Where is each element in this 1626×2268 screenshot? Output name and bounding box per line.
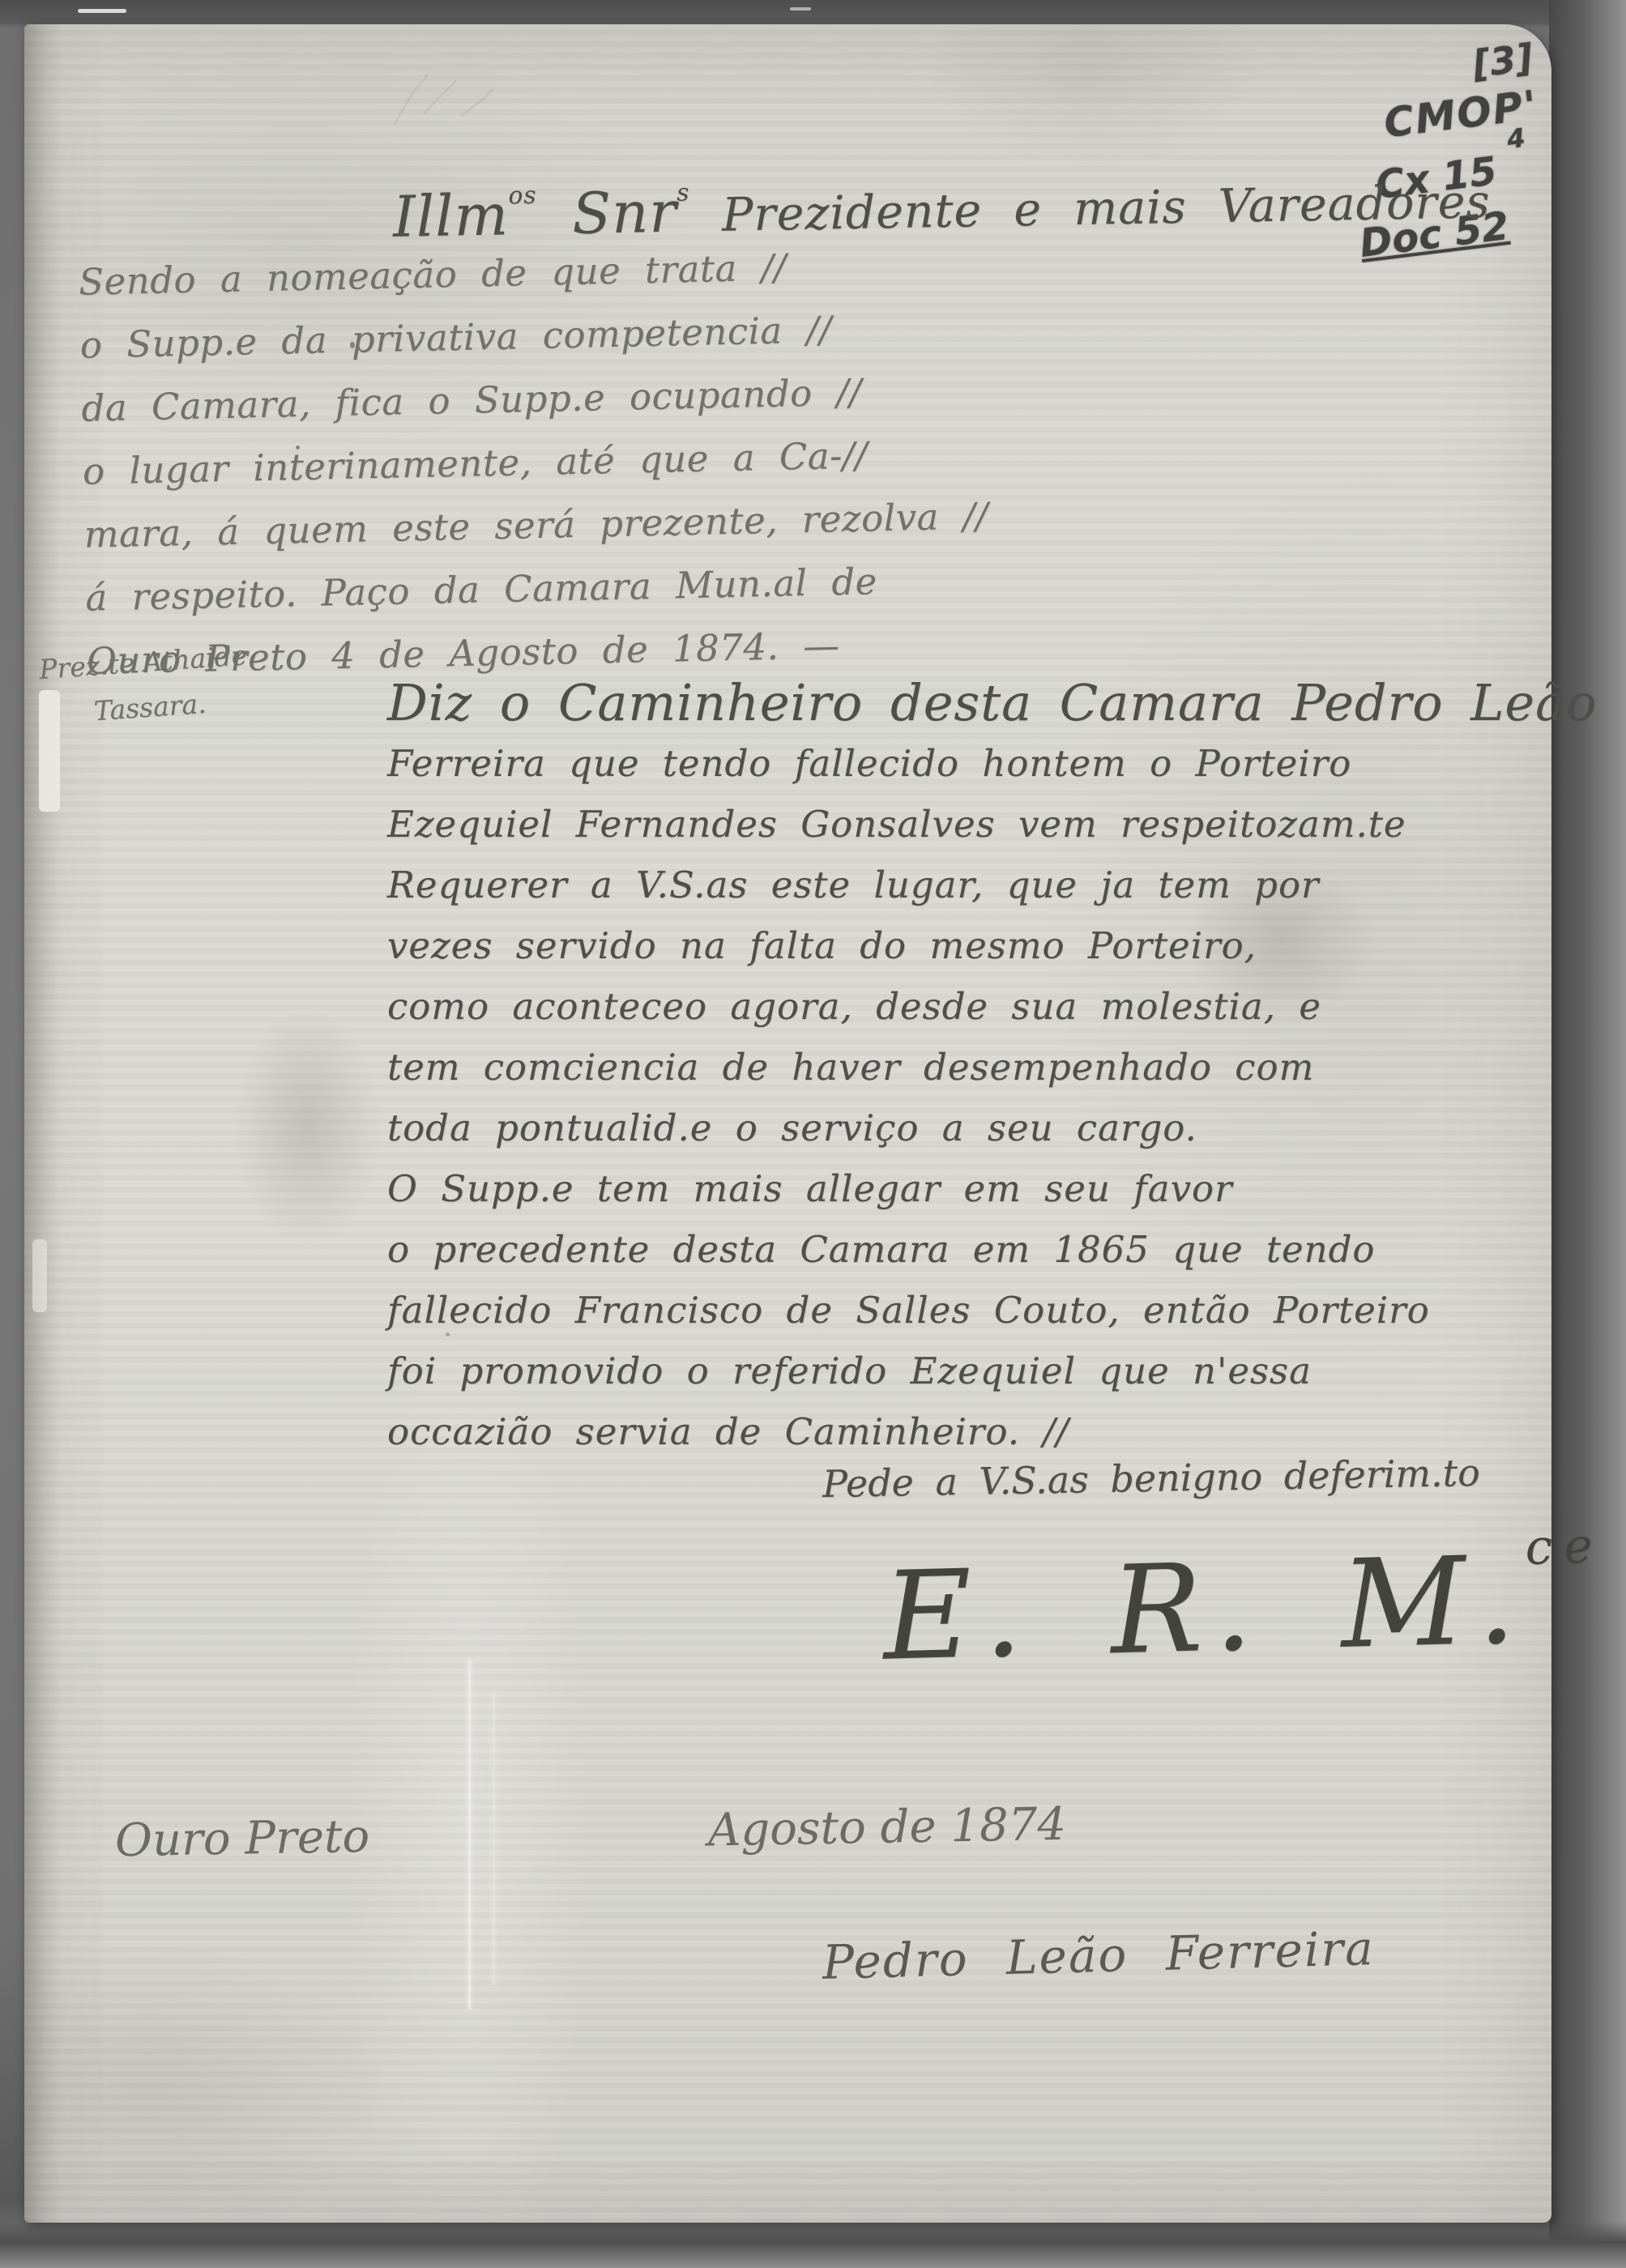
salutation-abbrev: Illm [392,181,509,249]
dateline-date: Agosto de 1874 [707,1798,1066,1857]
petition-body: Diz o Caminheiro desta Camara Pedro Leão… [387,672,1597,1462]
erm-formula: E. R. M.ce [881,1528,1607,1687]
manuscript-page: [3] CMOP' 4 Cx 15 Doc 52 Illmos Snrs Pre… [24,24,1551,2223]
salutation-superscript: s [676,177,690,206]
petition-line: vezes servido na falta do mesmo Porteiro… [387,915,1597,976]
petition-line: Requerer a V.S.as este lugar, que ja tem… [387,855,1597,915]
petition-line: tem comciencia de haver desempenhado com [387,1037,1597,1098]
petition-line: toda pontualid.e o serviço a seu cargo. [387,1098,1597,1158]
archive-bracket-number: [3] [1470,36,1535,87]
salutation-abbrev: Snr [536,179,677,248]
petition-line: fallecido Francisco de Salles Couto, ent… [387,1280,1597,1341]
dateline-place: Ouro Preto [115,1810,370,1867]
faint-pencil-smudge [365,65,543,138]
paper-edge-chip [32,1239,47,1312]
archive-collection-number: 4 [1505,122,1529,155]
scan-streak [78,9,126,13]
binding-edge [24,24,62,2223]
scanner-bed-bottom-band [0,2221,1626,2268]
petitioner-signature: Pedro Leão Ferreira [822,1921,1375,1990]
petition-line: o precedente desta Camara em 1865 que te… [387,1219,1597,1280]
salutation-text: Prezidente e mais Vareadores [689,175,1491,242]
scan-streak [790,7,811,11]
erm-letters: E. R. M. [881,1530,1529,1688]
paper-stain [203,956,413,1296]
rubric-surname: Tassara. [92,678,252,734]
petition-line: Ferreira que tendo fallecido hontem o Po… [387,733,1597,794]
petition-line: Ezequiel Fernandes Gonsalves vem respeit… [387,794,1597,855]
petition-line: foi promovido o referido Ezequiel que n'… [387,1341,1597,1401]
petition-line: O Supp.e tem mais allegar em seu favor [387,1158,1597,1219]
marginal-dispatch-note: Sendo a nomeação de que trata // o Supp.… [78,232,992,693]
dateline: Ouro Preto Agosto de 1874 [115,1798,1067,1867]
petition-line: Diz o Caminheiro desta Camara Pedro Leão [387,672,1597,733]
president-rubric: Prez.te Athaide Tassara. [37,633,252,738]
petition-line: como aconteceo agora, desde sua molestia… [387,976,1597,1037]
salutation-superscript: os [508,180,537,209]
archive-collection-code: CMOP' 4 [1381,82,1541,147]
erm-superscript: ce [1525,1517,1605,1576]
